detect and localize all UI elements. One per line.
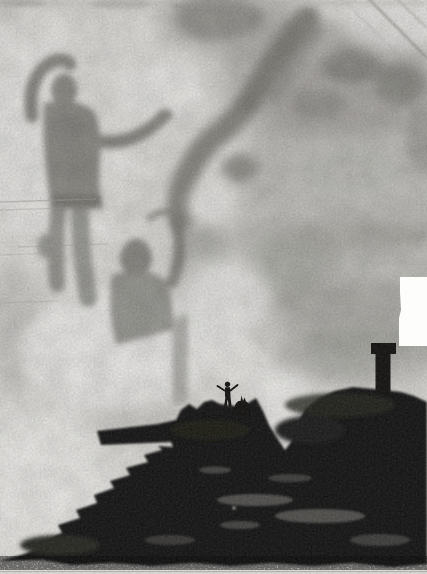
film-grain-light-overlay (0, 0, 427, 574)
engraving-canvas (0, 0, 427, 574)
engraving-illustration: Engraving of the Brocken spectre: two gi… (0, 0, 427, 574)
paper-notch (399, 277, 427, 346)
